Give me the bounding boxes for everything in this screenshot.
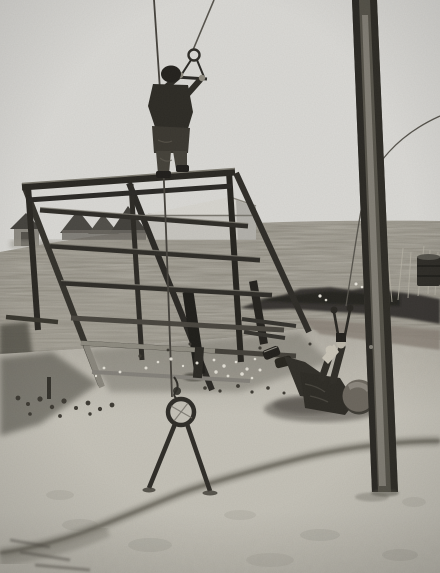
photograph: [0, 0, 440, 573]
vignette: [0, 0, 440, 573]
